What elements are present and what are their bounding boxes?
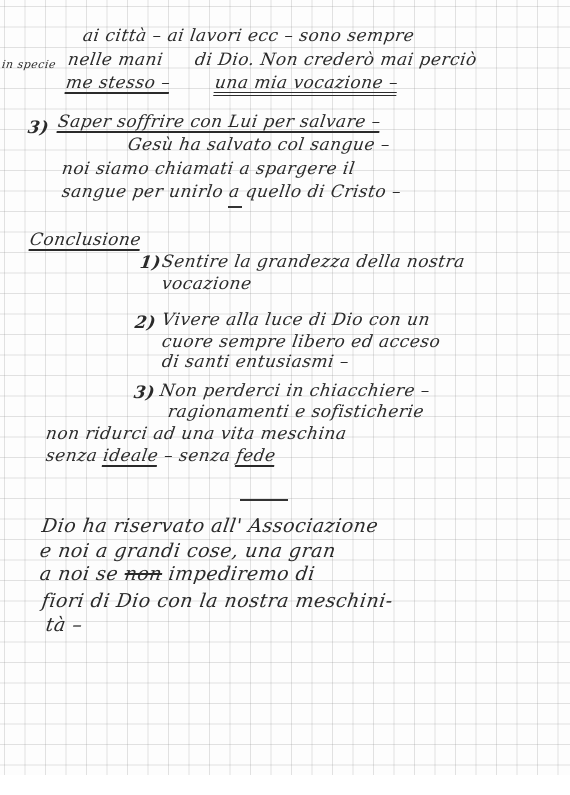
conclusion-item-1-line-2: vocazione [161, 274, 253, 294]
closing-divider [240, 499, 288, 501]
margin-note: in specie [1, 58, 57, 71]
top-line-3b: una mia vocazione – [214, 73, 400, 93]
point3-line-3: sangue per unirlo a quello di Cristo – [61, 182, 403, 202]
section-divider [228, 206, 242, 208]
closing-line-2: e noi a grandi cose, una gran [38, 540, 337, 562]
underlined-ideale: ideale [102, 446, 160, 466]
conclusion-title: Conclusione [29, 230, 143, 250]
top-line-2b: di Dio. Non crederò mai perciò [194, 50, 479, 70]
conclusion-item-3-number: 3) [133, 383, 157, 403]
conclusion-item-2-line-3: di santi entusiasmi – [161, 352, 351, 372]
point3-number: 3) [27, 118, 51, 138]
point3-line-2: noi siamo chiamati a spargere il [61, 159, 357, 179]
closing-line-5: tà – [44, 614, 84, 636]
senza-dash: – senza [157, 446, 238, 466]
conclusion-item-2-number: 2) [134, 313, 158, 333]
conclusion-item-1-number: 1) [139, 253, 163, 273]
conclusion-item-1-line-1: Sentire la grandezza della nostra [161, 252, 467, 272]
struck-word: non [123, 563, 164, 585]
conclusion-item-3-line-4: senza ideale – senza fede [45, 446, 277, 466]
closing-line-3a: a noi se [38, 563, 119, 585]
graph-paper-page: ai città – ai lavori ecc – sono sempre i… [0, 0, 570, 795]
closing-line-3b: impediremo di [167, 563, 316, 585]
closing-line-3: a noi se non impediremo di [38, 563, 316, 585]
top-line-3a: me stesso – [65, 73, 172, 93]
point3-heading: Saper soffrire con Lui per salvare – [57, 112, 383, 132]
top-line-1: ai città – ai lavori ecc – sono sempre [82, 26, 416, 46]
conclusion-item-3-line-1: Non perderci in chiacchiere – [159, 381, 432, 401]
conclusion-item-2-line-2: cuore sempre libero ed acceso [161, 332, 442, 352]
closing-line-1: Dio ha riservato all' Associazione [40, 515, 379, 537]
conclusion-item-2-line-1: Vivere alla luce di Dio con un [161, 310, 432, 330]
closing-line-4: fiori di Dio con la nostra meschini- [40, 590, 394, 612]
underlined-fede: fede [235, 446, 277, 466]
senza-word: senza [45, 446, 105, 466]
top-line-2a: nelle mani [67, 50, 165, 70]
point3-line-1: Gesù ha salvato col sangue – [127, 135, 392, 155]
conclusion-item-3-line-3: non ridurci ad una vita meschina [45, 424, 348, 444]
conclusion-item-3-line-2: ragionamenti e sofisticherie [167, 402, 426, 422]
